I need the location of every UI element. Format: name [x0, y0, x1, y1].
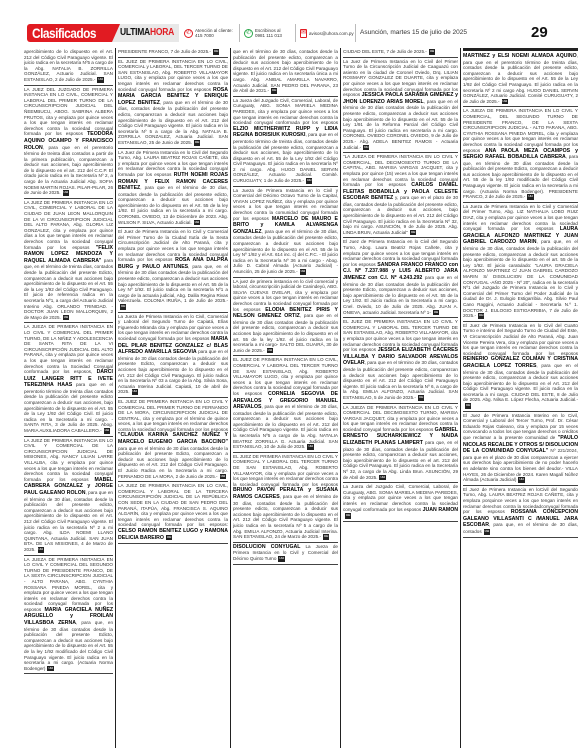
- edict-ad: "LA JUEZA DE PRIMERA INSTANCIA EN LO CIV…: [343, 153, 458, 238]
- edict-ad: El Juez de Primera Instancia en loCivil …: [463, 486, 578, 538]
- ad-code-tag: UH: [502, 99, 508, 105]
- ad-code-tag: UH: [120, 304, 126, 310]
- ad-party-names: "CLAUDIA KARINA SANCHEZ NUÑEZ Y MARCELO …: [118, 432, 228, 445]
- ad-text-cont: , para que en el término de 30 días cont…: [343, 99, 458, 150]
- edict-ad: La Jueza de Primera Instancia en lo Civi…: [118, 313, 228, 398]
- ad-text: LA JUEZ DE PRIMERA INSTANCIA EN LO CIVIL…: [24, 438, 113, 482]
- ad-text: LA JUEZA DE PRIMERA INSTANCIA EN LO CIVI…: [24, 557, 113, 612]
- ad-code-tag: UH: [300, 269, 306, 275]
- section-banner: Clasificados: [27, 24, 127, 42]
- edict-ad: EL JUEZ DE PRIMERA INSTANCIA EN LO CIVIL…: [343, 318, 458, 403]
- ad-text-cont: para que en el término de 30 días contad…: [118, 349, 228, 394]
- ad-code-tag: UH: [429, 49, 435, 55]
- edict-ad: CIUDAD DEL ESTE, 7 de Julio de 2025.-UH: [343, 48, 458, 58]
- ad-code-tag: UH: [345, 513, 351, 519]
- ad-text-cont: , para que en el perentorio término de t…: [233, 132, 338, 183]
- ad-text: LA JUEZ DE PRIMERA INSTANCIA EN LO CIVIL…: [24, 200, 113, 250]
- ad-text: EL JUEZ DE PRIMERA INSTANCIA EN LO CIVIL…: [118, 59, 228, 92]
- ad-code-tag: UH: [194, 140, 200, 146]
- ad-text-cont: para que, en el plazo de 30 días, contad…: [343, 440, 458, 480]
- envelope-icon: ✉: [300, 29, 307, 38]
- ad-text: La Jueza del Juzgado Civil, Comercial, L…: [233, 98, 338, 125]
- edict-ad: El Juez de Primera Instancia en lo Civil…: [118, 228, 228, 312]
- ad-text: EL JUEZ DE PRIMERA INSTANCIA EN LO CIVIL…: [118, 399, 228, 432]
- ad-code-tag: UH: [63, 190, 69, 196]
- ad-code-tag: UH: [104, 428, 110, 434]
- edict-ad: LA JUEZ DE PRIMERA INSTANCIA EN LO CIVIL…: [24, 199, 113, 323]
- contact-phone[interactable]: ✆ Atención al cliente:415 7000: [184, 24, 240, 42]
- ad-text-cont: , para que en el perentorio término de t…: [24, 145, 113, 196]
- ad-text: El Juez de Primera Instancia en lo Civil…: [463, 323, 578, 356]
- ad-code-tag: UH: [306, 178, 312, 184]
- ad-text-cont: , para que, en el término de 30 días con…: [118, 264, 228, 304]
- edict-ad: DISOLUCION CONYUGAL La Jueza de Primera …: [233, 543, 338, 565]
- edict-ad: LA juez de primera instancia en lo civil…: [233, 278, 338, 357]
- edict-ad: La Juez de Primera Instancia en lo Civil…: [343, 58, 458, 154]
- classifieds-columns: apercibimiento de lo dispuesto en el Art…: [0, 48, 580, 748]
- ad-text-cont: , para que en el término de 30 días, con…: [233, 494, 338, 539]
- ad-text-cont: , para que en el término de 30 días, con…: [118, 185, 228, 225]
- ad-code-tag: UH: [527, 194, 533, 200]
- edict-ad: LA JUEZA DE PRIMERA INSTANCIA EN LO CIVI…: [343, 404, 458, 484]
- logo-part-ultima: ULTIMA: [120, 27, 150, 38]
- ad-text-cont: , para que en el término de 30 días, con…: [118, 100, 228, 145]
- ad-code-tag: UH: [166, 535, 172, 541]
- ad-code-tag: UH: [278, 556, 284, 562]
- ad-code-tag: UH: [484, 529, 490, 535]
- page-header: Clasificados ULTIMAHORA ✆ Atención al cl…: [0, 0, 580, 44]
- column-1: apercibimiento de lo dispuesto en el Art…: [24, 48, 113, 748]
- edict-ad: La Jueza del Juzgado Civil, Comercial, L…: [233, 97, 338, 187]
- edict-ad: apercibimiento de lo dispuesto en el Art…: [24, 48, 113, 86]
- ad-text-cont: , para que en el término de 30 días, con…: [233, 404, 338, 449]
- ad-code-tag: UH: [38, 547, 44, 553]
- ad-text: PRESIDENTE FRANCO, 7 de Julio de 2025.-: [118, 49, 211, 54]
- column-3: que en el término de 30 días, contados d…: [230, 48, 338, 748]
- edict-ad: La Jueza de Primera Instancia en lo Civi…: [233, 187, 338, 278]
- ad-text: LA JUEZ DE PRIMERA INSTANCIA EN LO CIVIL…: [118, 483, 228, 527]
- ad-code-tag: UH: [363, 145, 369, 151]
- whatsapp-icon: ✆: [244, 29, 253, 38]
- ad-code-tag: UH: [47, 666, 53, 672]
- ad-party-names: ANA PAOLA MEZA OCAMPOS y SERGIO RAFAEL B…: [463, 148, 578, 161]
- ad-text: que en el término de 30 días, contados d…: [233, 49, 338, 93]
- ad-code-tag: UH: [97, 77, 103, 83]
- ad-text-cont: , para que en el perentorio término de t…: [463, 53, 578, 104]
- ad-text-cont: , para que en el término de 30 días, con…: [463, 363, 578, 403]
- ad-text-cont: para que en el perentorio término de tre…: [24, 382, 113, 433]
- ad-code-tag: UH: [518, 477, 524, 483]
- edict-ad: que en el término de 30 días, contados d…: [233, 48, 338, 97]
- ad-party-names: MARTINEZ y ELSI NOEMI ALMADA AQUINO: [463, 53, 577, 59]
- edict-ad: EL JUEZ DE PRIMERA INSTANCIA EN LO CIVIL…: [118, 398, 228, 482]
- ad-text-cont: y, para que en el plazo de 30 días, cont…: [343, 195, 458, 235]
- column-5: MARTINEZ y ELSI NOEMI ALMADA AQUINO, par…: [460, 48, 578, 748]
- ad-text-cont: , para que, en término de 30 días contad…: [463, 154, 578, 199]
- ad-text-cont: para que, en el término de treinta días,…: [24, 258, 113, 320]
- ad-text-cont: , para que en el término de 30 días cont…: [233, 313, 338, 353]
- phone-icon: ✆: [184, 29, 193, 38]
- edict-ad: LA JUEZ DEL JUZGADO DE PRIMERA INSTANCIA…: [24, 86, 113, 199]
- ad-code-tag: UH: [194, 220, 200, 226]
- ad-code-tag: UH: [63, 315, 69, 321]
- edict-ad: LA JUEZA DE PRIMERA INSTANCIA EN LO CIVI…: [24, 556, 113, 675]
- edict-ad: LA JUEZ DE PRIMERA INSTANCIA EN LO CIVIL…: [118, 482, 228, 544]
- edict-ad: EL JUEZ DE PRIMERA INSTANCIA EN LO CIVIL…: [233, 453, 338, 543]
- column-top-rule: [463, 48, 578, 51]
- edict-ad: El Juez de Primera Instancia en lo Civil…: [343, 238, 458, 318]
- ad-code-tag: UH: [213, 49, 219, 55]
- edict-ad: El Juez de Primera Instancia en lo Civil…: [463, 322, 578, 412]
- ad-text: CIUDAD DEL ESTE, 7 de Julio de 2025.-: [343, 49, 427, 54]
- edict-ad: EL JUEZ DE PRIMERA INSTANCIA EN LO CIVIL…: [233, 356, 338, 453]
- logo-part-hora: HORA: [150, 27, 174, 38]
- ad-text: EL JUEZ DE PRIMERA INSTANCIA EN LO CIVIL…: [233, 454, 338, 487]
- edict-ad: MARTINEZ y ELSI NOEMI ALMADA AQUINO, par…: [463, 52, 578, 107]
- contact-email[interactable]: ✉ avisos@uhora.com.py: [300, 24, 356, 42]
- issue-date: Asunción, martes 15 de julio de 2025: [360, 29, 467, 36]
- ad-code-tag: UH: [271, 88, 277, 94]
- ad-code-tag: UH: [418, 395, 424, 401]
- edict-ad: LA JUEZA DE PRIMERA INSTANCIA EN LO CIVI…: [463, 107, 578, 203]
- page-number: 29: [531, 24, 548, 41]
- ad-text-cont: , para que en el término de 30 días, con…: [24, 490, 113, 552]
- ad-party-names: DISOLUCION CONYUGAL: [233, 544, 300, 550]
- edict-ad: EL JUEZ DE PRIMERA INSTANCIA EN LO CIVIL…: [118, 58, 228, 149]
- ad-code-tag: UH: [379, 475, 385, 481]
- ad-code-tag: UH: [465, 403, 471, 409]
- ad-party-names: JUAN RAMON: [423, 507, 458, 513]
- ad-code-tag: UH: [323, 534, 329, 540]
- edict-ad: LA JUEZ DE PRIMERA INSTANCIA EN LO CIVIL…: [24, 437, 113, 556]
- ad-text-cont: para que en el término de 30 días contad…: [343, 275, 458, 315]
- ad-code-tag: UH: [132, 389, 138, 395]
- ad-text-cont: , para que en el término de 30 días, con…: [343, 360, 458, 400]
- ad-text: LA JUEZA DE PRIMERA INSTANCIA EN LO CIVI…: [24, 324, 113, 374]
- ad-code-tag: UH: [410, 230, 416, 236]
- edict-ad: La Jueza del Juzgado Civil, Comercial, L…: [343, 483, 458, 522]
- edict-ad: LA Juez de Primera Instancia en lo Civil…: [118, 149, 228, 229]
- ad-code-tag: UH: [478, 313, 484, 319]
- column-2: PRESIDENTE FRANCO, 7 de Julio de 2025.-U…: [115, 48, 228, 748]
- edict-ad: La Jueza de Primera Instancia en lo Civi…: [463, 203, 578, 322]
- ad-code-tag: UH: [307, 444, 313, 450]
- edict-ad: LA JUEZA DE PRIMERA INSTANCIA EN LO CIVI…: [24, 323, 113, 436]
- ad-code-tag: UH: [220, 474, 226, 480]
- ad-text-cont: , para que, en término de 30 días contad…: [24, 620, 113, 671]
- ad-party-names: CELSO RAMON BENITEZ LUGO y RAMONA DELICI…: [118, 528, 228, 541]
- ad-text-cont: para que en el término de 30 días contad…: [118, 446, 228, 479]
- column-4: CIUDAD DEL ESTE, 7 de Julio de 2025.-UHL…: [340, 48, 458, 748]
- ad-text: LA JUEZ DEL JUZGADO DE PRIMERA INSTANCIA…: [24, 87, 113, 137]
- newspaper-logo: ULTIMAHORA: [120, 27, 174, 38]
- section-title: Clasificados: [32, 24, 96, 42]
- edict-ad: El Juez de Primera Instancia Interino en…: [463, 412, 578, 486]
- ad-text-cont: , para que, en el término de 30 días, co…: [463, 239, 578, 318]
- contact-whatsapp[interactable]: ✆ Escribinos al0981 111 013: [244, 24, 296, 42]
- edict-ad: PRESIDENTE FRANCO, 7 de Julio de 2025.-U…: [118, 48, 228, 58]
- ad-text: LA JUEZA DE PRIMERA INSTANCIA EN LO CIVI…: [463, 108, 578, 152]
- ad-code-tag: UH: [267, 348, 273, 354]
- ad-text-cont: , para que en el término de 30 días, con…: [233, 229, 338, 274]
- ad-code-tag: UH: [433, 310, 439, 316]
